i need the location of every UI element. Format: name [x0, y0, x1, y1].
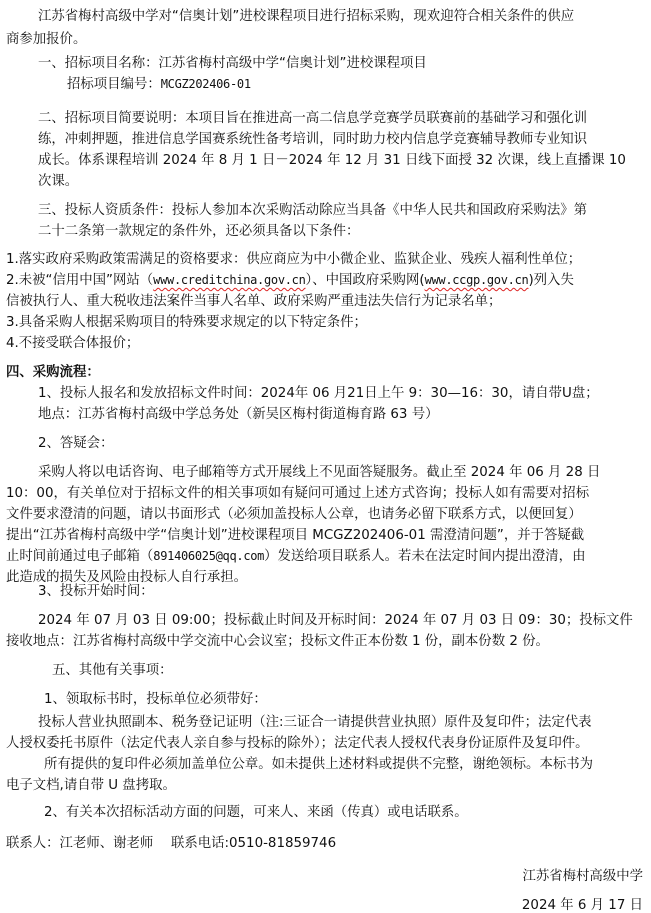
- signature-date: 2024 年 6 月 17 日: [522, 895, 643, 913]
- qualification-item-3: 3.具备采购人根据采购项目的特殊要求规定的以下特定条件；: [6, 312, 367, 333]
- signature-org: 江苏省梅村高级中学: [522, 866, 643, 887]
- qualification-line-2: 二十二条第一款规定的条件外，还必须具备以下条件：: [38, 221, 359, 242]
- email-prefix: 止时间前通过电子邮箱（: [6, 549, 153, 564]
- step3-line-1: 2024 年 07 月 03 日 09:00；投标截止时间及开标时间：2024 …: [38, 610, 633, 631]
- qualification-item-2: 2.未被“信用中国”网站（www.creditchina.gov.cn）、中国政…: [6, 270, 574, 291]
- item2-prefix: 2.未被“信用中国”网站（: [6, 273, 153, 288]
- step2-line-1: 采购人将以电话咨询、电子邮箱等方式开展线上不见面答疑服务。截止至 2024 年 …: [38, 462, 600, 483]
- other-item1-line-3: 所有提供的复印件必须加盖单位公章。如未提供上述材料或提供不完整，谢绝领标。本标书…: [44, 754, 593, 775]
- intro-line-2: 商参加报价。: [6, 29, 86, 50]
- email-suffix: ）发送给项目联系人。若未在法定时间内提出澄清，由: [264, 549, 585, 564]
- step2-line-3: 文件要求澄清的问题，请以书面形式（必须加盖投标人公章，也请务必留下联系方式，以便…: [6, 504, 582, 525]
- contact-info: 联系人：江老师、谢老师 联系电话:0510-81859746: [6, 833, 336, 854]
- qualification-item-2-cont: 信被执行人、重大税收违法案件当事人名单、政府采购严重违法失信行为记录名单；: [6, 291, 501, 312]
- project-name: 一、招标项目名称：江苏省梅村高级中学“信奥计划”进校课程项目: [38, 53, 427, 74]
- other-heading: 五、其他有关事项：: [52, 660, 173, 681]
- qualification-item-1: 1.落实政府采购政策需满足的资格要求：供应商应为中小微企业、监狱企业、残疾人福利…: [6, 249, 581, 270]
- summary-line-2: 练，冲刺押题，推进信息学国赛系统性备考培训，同时助力校内信息学竞赛辅导教师专业知…: [38, 129, 587, 150]
- step3-line-2: 接收地点：江苏省梅村高级中学交流中心会议室；投标文件正本份数 1 份，副本份数 …: [6, 631, 549, 652]
- contact-email[interactable]: 891406025@qq.com: [153, 549, 264, 563]
- other-item1-line-1: 投标人营业执照副本、税务登记证明（注:三证合一请提供营业执照）原件及复印件；法定…: [38, 712, 592, 733]
- intro-line-1: 江苏省梅村高级中学对“信奥计划”进校课程项目进行招标采购，现欢迎符合相关条件的供…: [38, 6, 574, 27]
- other-item1-line-2: 人授权委托书原件（法定代表人亲自参与投标的除外）；法定代表人授权代表身份证原件及…: [6, 733, 588, 754]
- summary-line-1: 二、招标项目简要说明：本项目旨在推进高一高二信息学竞赛学员联赛前的基础学习和强化…: [38, 108, 587, 129]
- ccgp-link[interactable]: www.ccgp.gov.cn: [425, 273, 529, 287]
- summary-line-3: 成长。体系课程培训 2024 年 8 月 1 日－2024 年 12 月 31 …: [38, 150, 626, 171]
- step2-line-5: 止时间前通过电子邮箱（891406025@qq.com）发送给项目联系人。若未在…: [6, 546, 585, 567]
- step2-line-4: 提出“江苏省梅村高级中学“信奥计划”进校课程项目 MCGZ202406-01 需…: [6, 525, 584, 546]
- other-item2: 2、有关本次招标活动方面的问题，可来人、来函（传真）或电话联系。: [44, 802, 468, 823]
- qualification-item-4: 4.不接受联合体报价；: [6, 333, 139, 354]
- step1-line-1: 1、投标人报名和发放招标文件时间：2024年 06 月21日上午 9：30—16…: [38, 383, 599, 404]
- other-item1-line-4: 电子文档,请自带 U 盘拷取。: [6, 775, 176, 796]
- project-code-value: MCGZ202406-01: [161, 77, 251, 91]
- item2-suffix: )列入失: [528, 273, 573, 288]
- project-code-label: 招标项目编号：: [67, 77, 161, 92]
- qualification-line-1: 三、投标人资质条件：投标人参加本次采购活动除应当具备《中华人民共和国政府采购法》…: [38, 200, 587, 221]
- step2-heading: 2、答疑会：: [38, 433, 113, 454]
- step2-line-2: 10：00，有关单位对于招标文件的相关事项如有疑问可通过上述方式咨询；投标人如有…: [6, 483, 589, 504]
- creditchina-link[interactable]: www.creditchina.gov.cn: [153, 273, 305, 287]
- step3-heading: 3、投标开始时间：: [38, 581, 154, 602]
- summary-line-4: 次课。: [38, 171, 78, 192]
- project-code: 招标项目编号：MCGZ202406-01: [67, 74, 251, 95]
- process-heading: 四、采购流程：: [6, 362, 100, 383]
- other-item1-heading: 1、领取标书时，投标单位必须带好：: [44, 689, 267, 710]
- step1-line-2: 地点：江苏省梅村高级中学总务处（新吴区梅村街道梅育路 63 号）: [38, 404, 439, 425]
- item2-middle: ）、中国政府采购网(: [306, 273, 425, 288]
